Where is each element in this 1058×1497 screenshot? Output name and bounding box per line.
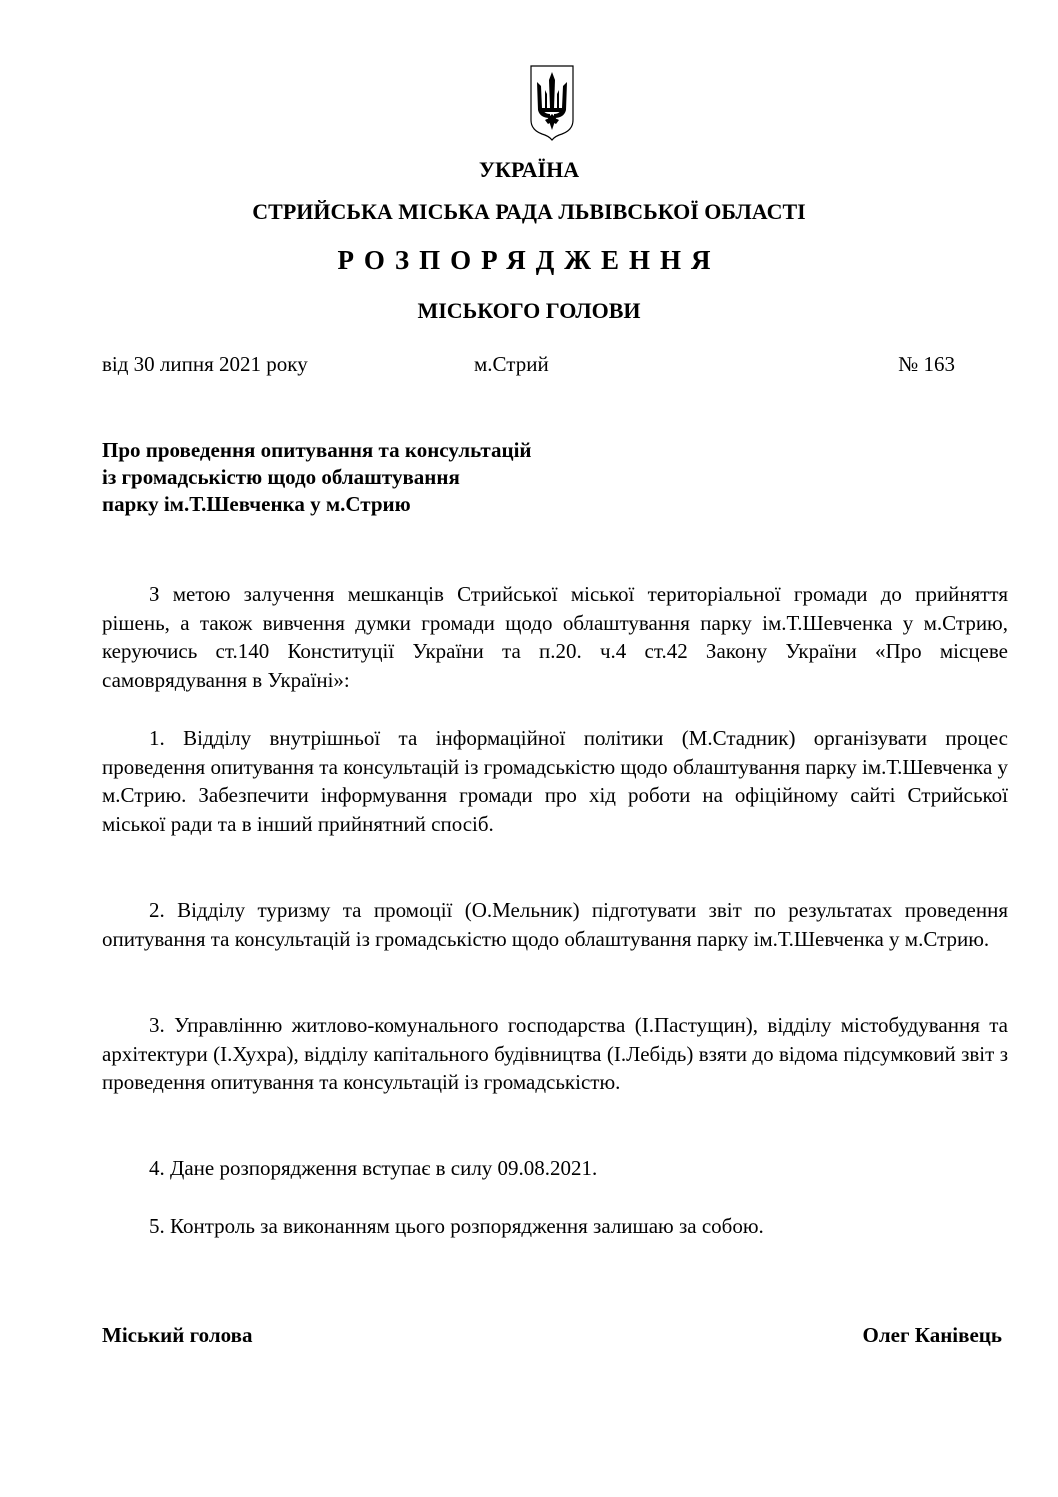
- order-item-3: 3. Управлінню житлово-комунального госпо…: [102, 1011, 1008, 1097]
- order-item-1: 1. Відділу внутрішньої та інформаційної …: [102, 724, 1008, 838]
- signatory-title: Міський голова: [102, 1323, 252, 1348]
- council-heading: СТРИЙСЬКА МІСЬКА РАДА ЛЬВІВСЬКОЇ ОБЛАСТІ: [0, 199, 1058, 225]
- subject-line: Про проведення опитування та консультаці…: [102, 437, 702, 464]
- order-item-4: 4. Дане розпорядження вступає в силу 09.…: [102, 1154, 1008, 1183]
- document-subject: Про проведення опитування та консультаці…: [102, 437, 702, 518]
- document-date: від 30 липня 2021 року: [102, 352, 308, 377]
- document-type-heading: РОЗПОРЯДЖЕННЯ: [0, 245, 1058, 276]
- document-page: УКРАЇНА СТРИЙСЬКА МІСЬКА РАДА ЛЬВІВСЬКОЇ…: [0, 0, 1058, 1497]
- document-meta: від 30 липня 2021 року м.Стрий № 163: [102, 352, 955, 378]
- document-city: м.Стрий: [474, 352, 549, 377]
- order-item-2: 2. Відділу туризму та промоції (О.Мельни…: [102, 896, 1008, 953]
- order-item-5: 5. Контроль за виконанням цього розпоряд…: [102, 1212, 1008, 1241]
- signatory-name: Олег Канівець: [863, 1323, 1002, 1348]
- subject-line: із громадськістю щодо облаштування: [102, 464, 702, 491]
- issuer-heading: МІСЬКОГО ГОЛОВИ: [0, 298, 1058, 324]
- country-heading: УКРАЇНА: [0, 157, 1058, 183]
- trident-emblem-icon: [528, 64, 576, 142]
- preamble-paragraph: З метою залучення мешканців Стрийської м…: [102, 580, 1008, 694]
- subject-line: парку ім.Т.Шевченка у м.Стрию: [102, 491, 702, 518]
- document-number: № 163: [898, 352, 955, 377]
